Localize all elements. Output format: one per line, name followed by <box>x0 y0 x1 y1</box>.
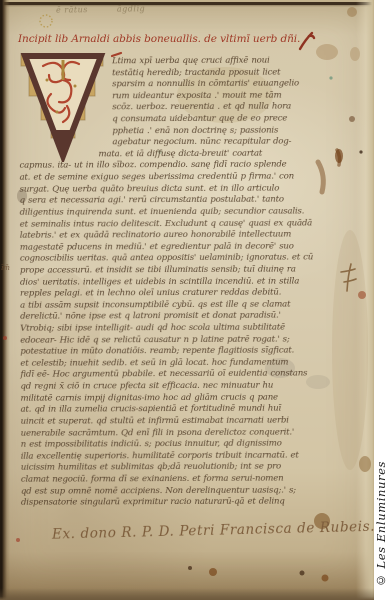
faded-word-right: āgdlīg <box>117 4 145 13</box>
rubric-incipit-line: Incipit lib Arnaldi abbis boneuallis. de… <box>18 33 328 45</box>
manuscript-line: testātiq heredib; tractanda pposuit lice… <box>112 67 335 80</box>
manuscript-line: dispensatorie singularū exprimitur racio… <box>21 496 337 509</box>
manuscript-photo-page: ē rātus āgdlīg Incipit lib Arnaldi abbis… <box>0 0 390 600</box>
manuscript-line: q consumata uidebantur quę de eo prece <box>112 113 335 126</box>
manuscript-line: pphetia .' enā non doctrinę s; passionis <box>112 125 335 138</box>
manuscript-line: mata. et iā diffusę dicta-breuit' coarta… <box>98 148 335 161</box>
manuscript-line: agebatur negocium. nūnc recapitular dog- <box>112 137 335 150</box>
photo-credit-text: © Les Enluminures <box>374 461 388 587</box>
faded-word-left: ē rātus <box>56 5 88 15</box>
manuscript-line: sparsim a nonnullis in cōmtariis' euuang… <box>112 79 335 92</box>
manuscript-line: rum uideantur exposita .' mouit me tām <box>112 90 335 103</box>
marginal-note: īm̄ <box>1 264 10 272</box>
manuscript-text-block: Ltima xpī uerba quę cruci affixē nouites… <box>19 55 337 509</box>
manuscript-line: scōz. uerboz. reuerentia . et qd nulla h… <box>112 102 335 115</box>
photo-credit: © Les Enluminures <box>372 397 390 587</box>
parchment-page: ē rātus āgdlīg Incipit lib Arnaldi abbis… <box>0 0 374 600</box>
manuscript-line: Ltima xpī uerba quę cruci affixē noui <box>112 55 335 68</box>
